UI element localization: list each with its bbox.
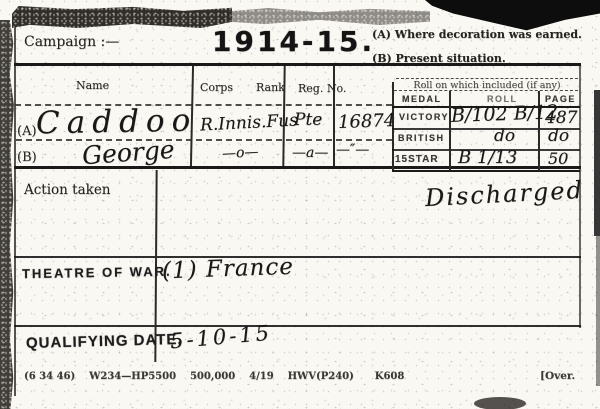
rank-value: Pte bbox=[294, 110, 322, 130]
roll-included-header: Roll on which included (if any) bbox=[396, 80, 578, 91]
printer-code: (6 34 46) W234—HP5500 500,000 4/19 HWV(P… bbox=[24, 371, 404, 382]
theatre-of-war-value: (1) France bbox=[162, 254, 295, 285]
forename-value: George bbox=[81, 135, 175, 170]
british-page-ditto: do bbox=[548, 126, 569, 146]
british-roll-ditto: do bbox=[494, 126, 515, 146]
action-section-divider bbox=[14, 256, 581, 258]
qualifying-date-label: QUALIFYING DATE, bbox=[26, 331, 183, 352]
action-taken-value: Discharged bbox=[424, 176, 584, 212]
column-divider-rank-regno bbox=[333, 66, 335, 166]
note-where-earned: (A) Where decoration was earned. bbox=[372, 28, 582, 41]
scan-artifact-bottom-blob bbox=[474, 397, 526, 409]
column-header-rank: Rank bbox=[256, 81, 285, 94]
regno-ditto: —″— bbox=[336, 142, 369, 158]
scan-artifact-top-band-light bbox=[228, 8, 430, 25]
victory-roll-value: B/102 B/12 bbox=[451, 101, 559, 127]
column-header-name: Name bbox=[76, 79, 109, 92]
campaign-year: 1914-15. bbox=[212, 25, 375, 58]
column-header-regno: Reg. No. bbox=[298, 82, 346, 95]
medal-box-top-rule bbox=[396, 78, 578, 79]
medal-box-bottom-border bbox=[392, 170, 580, 172]
theatre-section-divider bbox=[14, 325, 581, 327]
note-present-situation: (B) Present situation. bbox=[372, 52, 506, 65]
row-b-prefix: (B) bbox=[17, 150, 37, 165]
star-roll-value: B 1/13 bbox=[458, 147, 517, 168]
scan-artifact-left-edge bbox=[0, 20, 14, 409]
victory-medal-label: VICTORY bbox=[399, 112, 449, 122]
card-left-border bbox=[14, 26, 16, 396]
star-medal-label: 15STAR bbox=[395, 154, 439, 165]
scan-artifact-right-edge-lower bbox=[596, 236, 600, 386]
medal-roll-divider bbox=[449, 91, 451, 171]
medal-index-card: Campaign :— 1914-15. (A) Where decoratio… bbox=[0, 0, 600, 409]
corps-ditto: —o— bbox=[222, 144, 259, 162]
victory-page-value: 487 bbox=[545, 108, 577, 128]
scan-artifact-top-band bbox=[12, 6, 232, 28]
british-medal-label: BRITISH bbox=[398, 133, 445, 143]
theatre-of-war-label: THEATRE OF WAR. bbox=[22, 264, 172, 282]
medal-column-header: MEDAL bbox=[402, 94, 442, 104]
column-header-corps: Corps bbox=[200, 81, 233, 94]
star-page-value: 50 bbox=[548, 149, 568, 168]
scan-artifact-right-edge bbox=[594, 90, 600, 236]
action-taken-label: Action taken bbox=[24, 182, 111, 198]
regno-value: 16874 bbox=[338, 110, 396, 133]
campaign-label: Campaign :— bbox=[24, 34, 119, 50]
rank-ditto: —a— bbox=[292, 145, 328, 161]
over-label: [Over. bbox=[540, 370, 575, 382]
row-a-prefix: (A) bbox=[17, 124, 37, 139]
